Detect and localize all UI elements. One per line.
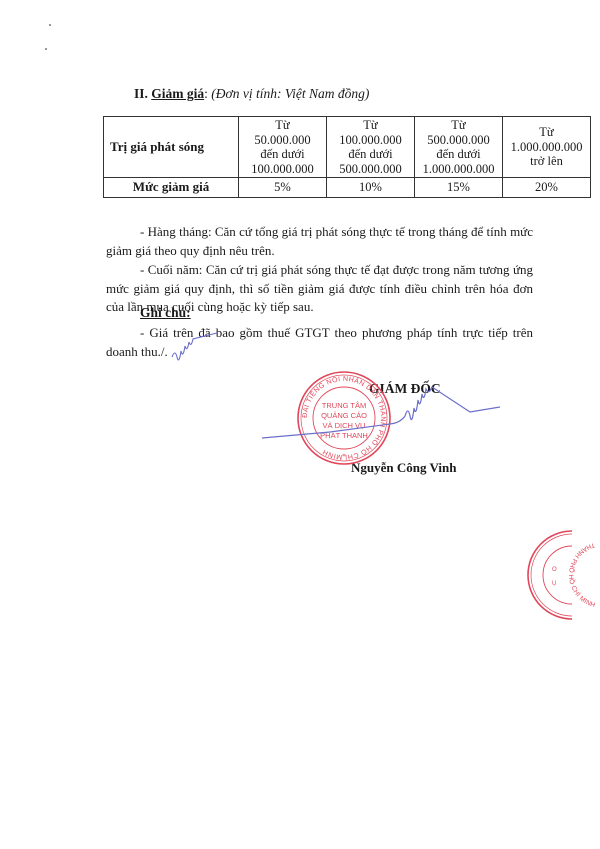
svg-text:TRUNG TÂM: TRUNG TÂM <box>322 401 366 410</box>
svg-text:*: * <box>342 452 346 461</box>
edge-stamp: THÀNH PHỐ HỒ CHÍ MINH O Ụ <box>528 531 600 619</box>
svg-text:QUẢNG CÁO: QUẢNG CÁO <box>321 411 367 420</box>
company-stamp: ĐÀI TIẾNG NÓI NHÂN DÂN THÀNH PHỐ HỒ CHÍ … <box>298 372 390 464</box>
svg-text:Ụ: Ụ <box>552 581 556 587</box>
svg-text:THÀNH PHỐ HỒ CHÍ MINH: THÀNH PHỐ HỒ CHÍ MINH <box>567 541 596 609</box>
document-page: II. Giảm giá: (Đơn vị tính: Việt Nam đồn… <box>0 0 600 849</box>
stamps-and-signatures: ĐÀI TIẾNG NÓI NHÂN DÂN THÀNH PHỐ HỒ CHÍ … <box>0 0 600 849</box>
initial-signature <box>172 333 217 360</box>
svg-text:O: O <box>552 567 557 573</box>
